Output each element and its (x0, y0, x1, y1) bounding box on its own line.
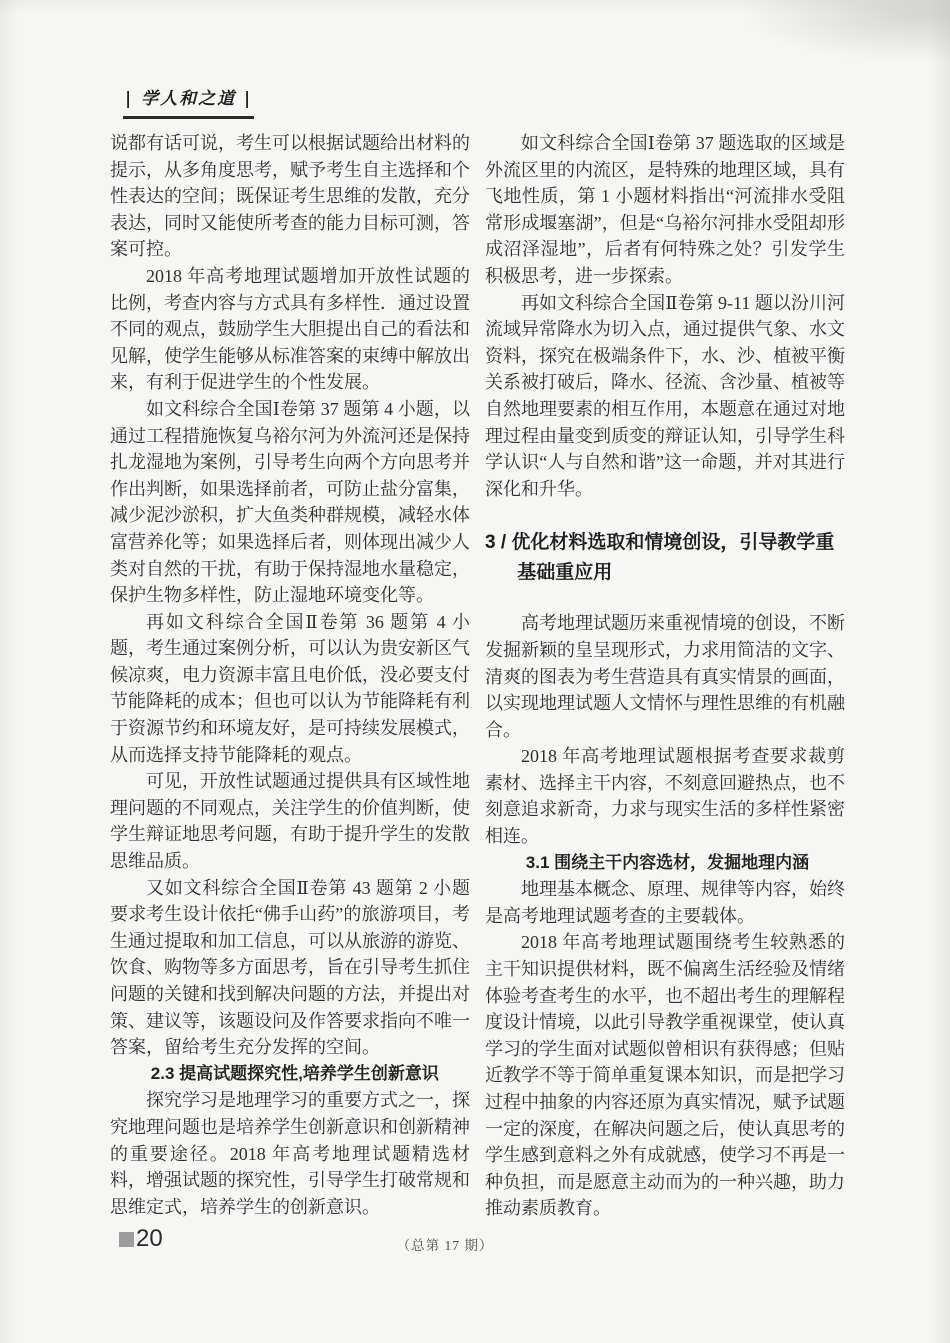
left-column: 说都有话可说，考生可以根据试题给出材料的提示，从多角度思考，赋予考生自主选择和个… (110, 130, 470, 1222)
paragraph: 高考地理试题历来重视情境的创设，不断发掘新颖的皇呈现形式，力求用简洁的文字、清爽… (485, 610, 845, 743)
sub-heading: 3.1 围绕主干内容选材，发掘地理内涵 (485, 850, 845, 877)
paragraph: 说都有话可说，考生可以根据试题给出材料的提示，从多角度思考，赋予考生自主选择和个… (110, 130, 470, 263)
paragraph: 如文科综合全国Ⅰ卷第 37 题第 4 小题，以通过工程措施恢复乌裕尔河为外流河还… (110, 396, 470, 609)
paragraph: 可见，开放性试题通过提供具有区域性地理问题的不同观点，关注学生的价值判断，使学生… (110, 768, 470, 874)
scanned-document-page: | 学人和之道 | 说都有话可说，考生可以根据试题给出材料的提示，从多角度思考，… (0, 0, 950, 1343)
paragraph: 如文科综合全国Ⅰ卷第 37 题选取的区域是外流区里的内流区，是特殊的地理区域，具… (485, 130, 845, 290)
article-body: 说都有话可说，考生可以根据试题给出材料的提示，从多角度思考，赋予考生自主选择和个… (110, 130, 845, 1222)
paragraph: 2018 年高考地理试题围绕考生较熟悉的主干知识提供材料，既不偏离生活经验及情绪… (485, 929, 845, 1222)
section-heading: 3 / 优化材料选取和情境创设，引导教学重基础重应用 (485, 528, 845, 588)
paragraph: 再如文科综合全国Ⅱ卷第 36 题第 4 小题，考生通过案例分析，可以认为贵安新区… (110, 609, 470, 769)
paragraph: 再如文科综合全国Ⅱ卷第 9-11 题以汾川河流域异常降水为切入点，通过提供气象、… (485, 290, 845, 503)
paragraph: 地理基本概念、原理、规律等内容，始终是高考地理试题考查的主要载体。 (485, 876, 845, 929)
right-column: 如文科综合全国Ⅰ卷第 37 题选取的区域是外流区里的内流区，是特殊的地理区域，具… (485, 130, 845, 1222)
issue-label: （总第 17 期） (0, 1234, 890, 1254)
paragraph: 探究学习是地理学习的重要方式之一，探究地理问题也是培养学生创新意识和创新精神的重… (110, 1087, 470, 1220)
sub-heading: 2.3 提高试题探究性,培养学生创新意识 (110, 1061, 470, 1088)
paragraph: 2018 年高考地理试题根据考查要求裁剪素材、选择主干内容，不刻意回避热点，也不… (485, 743, 845, 849)
paragraph: 又如文科综合全国Ⅱ卷第 43 题第 2 小题要求考生设计依托“佛手山药”的旅游项… (110, 875, 470, 1061)
paragraph: 2018 年高考地理试题增加开放性试题的比例，考查内容与方式具有多样性．通过设置… (110, 263, 470, 396)
column-header-badge: | 学人和之道 | (123, 84, 254, 119)
